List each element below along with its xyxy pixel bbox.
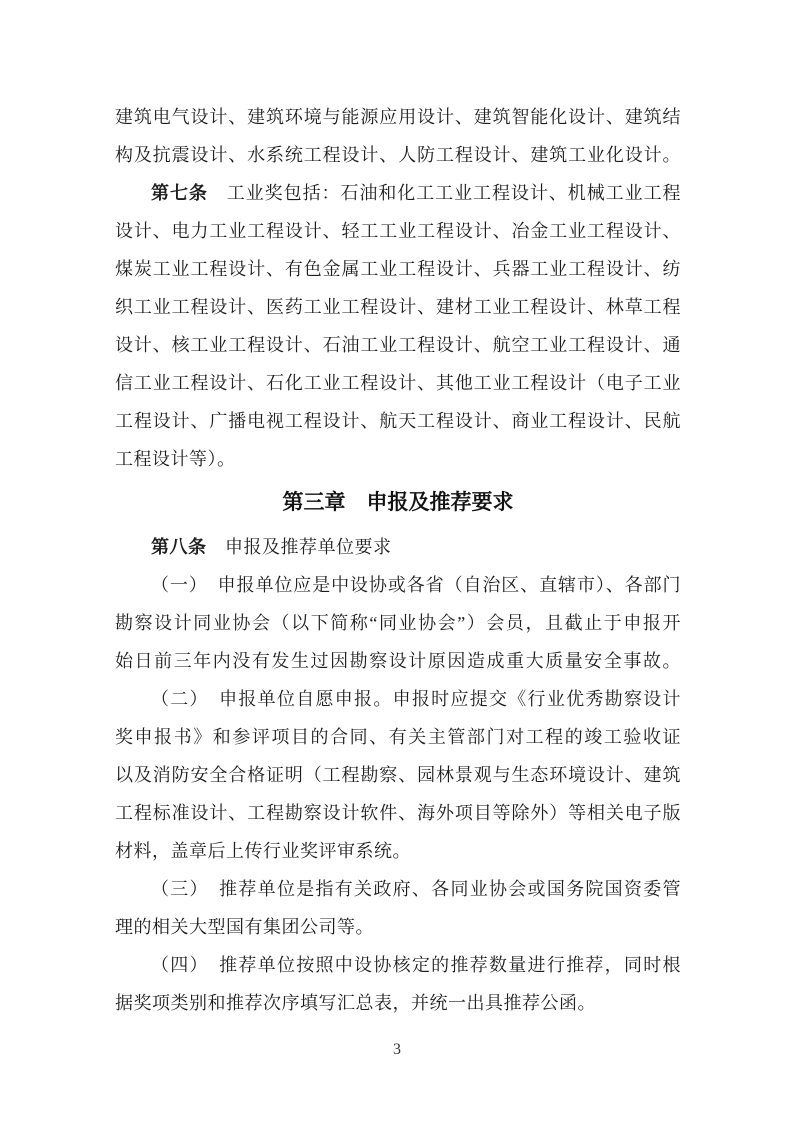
text-line: 设计、电力工业工程设计、轻工工业工程设计、冶金工业工程设计、	[115, 212, 681, 250]
article-text: 工业奖包括：石油和化工工业工程设计、机械工业工程	[208, 183, 681, 203]
document-body: 建筑电气设计、建筑环境与能源应用设计、建筑智能化设计、建筑结 构及抗震设计、水系…	[115, 98, 681, 1022]
chapter-heading: 第三章 申报及推荐要求	[115, 484, 681, 522]
text-line: 材料，盖章后上传行业奖评审系统。	[115, 832, 681, 870]
text-line: 奖申报书》和参评项目的合同、有关主管部门对工程的竣工验收证明，	[115, 718, 681, 756]
text-line: 以及消防安全合格证明（工程勘察、园林景观与生态环境设计、建筑	[115, 756, 681, 794]
text-line-article-8: 第八条 申报及推荐单位要求	[115, 528, 681, 566]
document-page: 建筑电气设计、建筑环境与能源应用设计、建筑智能化设计、建筑结 构及抗震设计、水系…	[0, 0, 794, 1123]
text-line: 理的相关大型国有集团公司等。	[115, 908, 681, 946]
page-number: 3	[0, 1040, 794, 1060]
text-line: 构及抗震设计、水系统工程设计、人防工程设计、建筑工业化设计。	[115, 136, 681, 174]
text-line: 设计、核工业工程设计、石油工业工程设计、航空工业工程设计、通	[115, 326, 681, 364]
text-line-article-7: 第七条 工业奖包括：石油和化工工业工程设计、机械工业工程	[115, 174, 681, 212]
text-line: 煤炭工业工程设计、有色金属工业工程设计、兵器工业工程设计、纺	[115, 250, 681, 288]
article-number-label: 第七条	[151, 183, 208, 203]
text-line: （四） 推荐单位按照中设协核定的推荐数量进行推荐，同时根	[115, 946, 681, 984]
text-line: 工程设计等）。	[115, 440, 681, 478]
text-line: （一） 申报单位应是中设协或各省（自治区、直辖市）、各部门	[115, 566, 681, 604]
article-text: 申报及推荐单位要求	[207, 537, 392, 557]
text-line: 建筑电气设计、建筑环境与能源应用设计、建筑智能化设计、建筑结	[115, 98, 681, 136]
text-line: 勘察设计同业协会（以下简称“同业协会”）会员，且截止于申报开	[115, 604, 681, 642]
text-line: 据奖项类别和推荐次序填写汇总表，并统一出具推荐公函。	[115, 984, 681, 1022]
text-line: 工程设计、广播电视工程设计、航天工程设计、商业工程设计、民航	[115, 402, 681, 440]
text-line: （三） 推荐单位是指有关政府、各同业协会或国务院国资委管	[115, 870, 681, 908]
text-line: 信工业工程设计、石化工业工程设计、其他工业工程设计（电子工业	[115, 364, 681, 402]
article-number-label: 第八条	[151, 537, 207, 557]
text-line: （二） 申报单位自愿申报。申报时应提交《行业优秀勘察设计	[115, 680, 681, 718]
text-line: 始日前三年内没有发生过因勘察设计原因造成重大质量安全事故。	[115, 642, 681, 680]
text-line: 工程标准设计、工程勘察设计软件、海外项目等除外）等相关电子版	[115, 794, 681, 832]
text-line: 织工业工程设计、医药工业工程设计、建材工业工程设计、林草工程	[115, 288, 681, 326]
